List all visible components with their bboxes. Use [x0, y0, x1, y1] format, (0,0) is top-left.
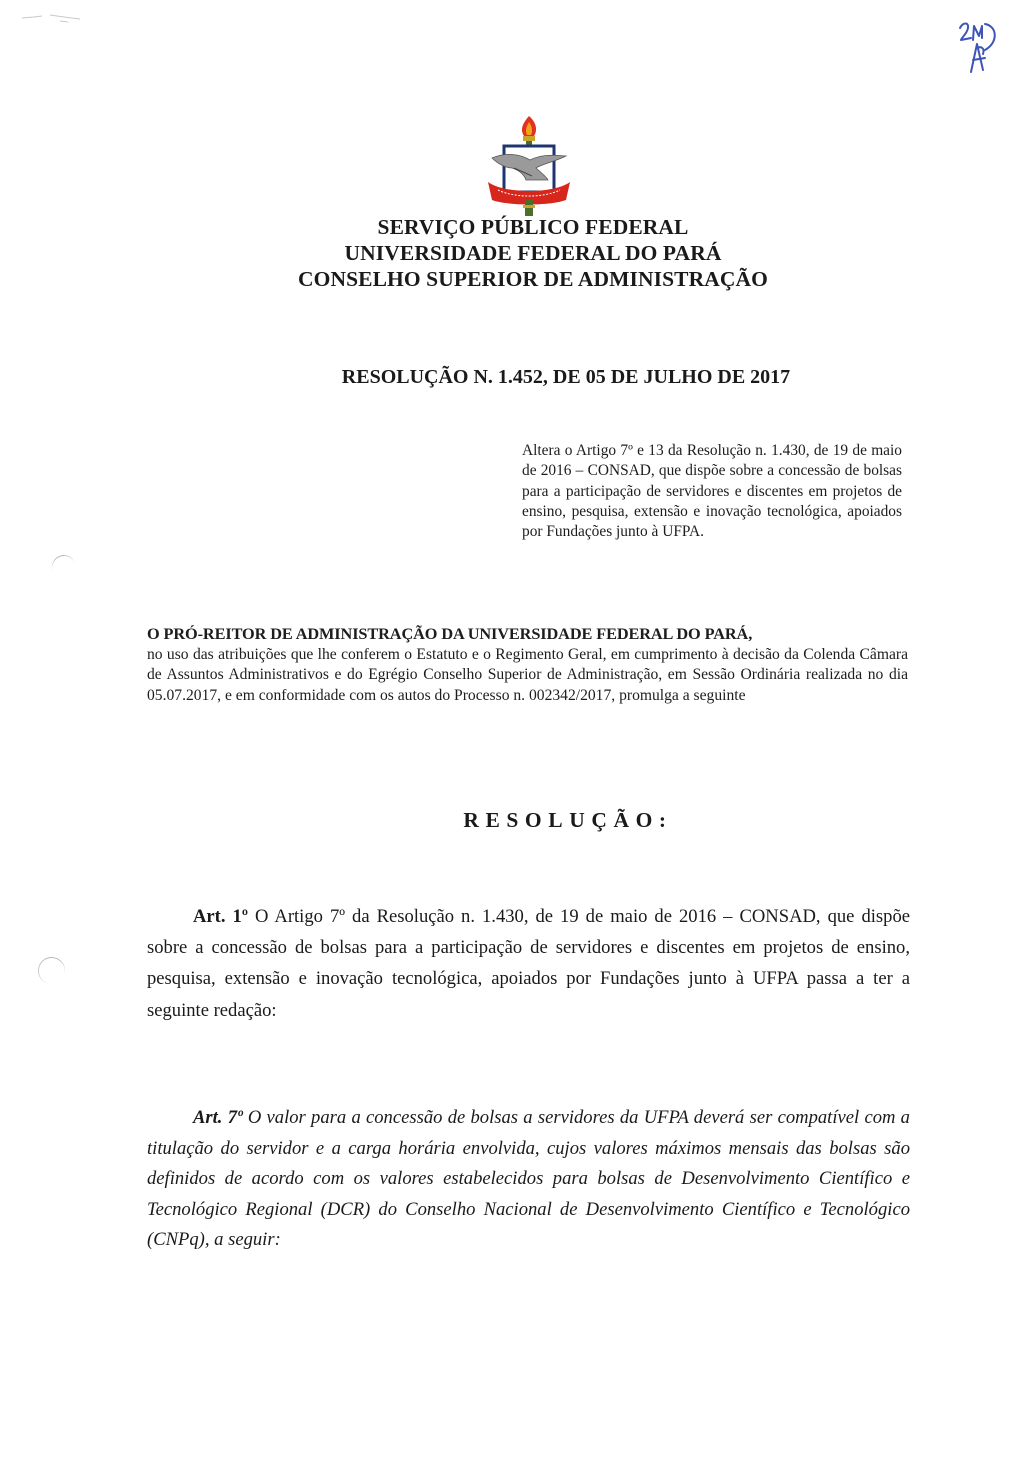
preamble-body: no uso das atribuições que lhe conferem … — [147, 645, 908, 707]
article-7-quoted: Art. 7º O valor para a concessão de bols… — [147, 1103, 910, 1256]
resolution-title: RESOLUÇÃO N. 1.452, DE 05 DE JULHO DE 20… — [0, 366, 1028, 389]
header-line-university: UNIVERSIDADE FEDERAL DO PARÁ — [0, 240, 1028, 266]
article-7-label: Art. 7º — [193, 1107, 243, 1128]
ementa-summary: Altera o Artigo 7º e 13 da Resolução n. … — [522, 441, 902, 542]
preamble-lead: O PRÓ-REITOR DE ADMINISTRAÇÃO DA UNIVERS… — [147, 624, 908, 645]
punch-hole-mark — [35, 954, 68, 987]
scan-smudge-mark — [20, 12, 90, 24]
article-1: Art. 1º O Artigo 7º da Resolução n. 1.43… — [147, 901, 910, 1026]
ufpa-emblem-icon — [484, 110, 574, 218]
preamble-paragraph: O PRÓ-REITOR DE ADMINISTRAÇÃO DA UNIVERS… — [147, 624, 908, 706]
article-1-text: O Artigo 7º da Resolução n. 1.430, de 19… — [147, 906, 910, 1021]
resolve-heading: RESOLUÇÃO: — [0, 808, 1028, 833]
article-7-text: O valor para a concessão de bolsas a ser… — [147, 1107, 910, 1250]
signature-initials-icon — [955, 14, 1015, 76]
header-line-federal-service: SERVIÇO PÚBLICO FEDERAL — [0, 214, 1028, 240]
header-line-council: CONSELHO SUPERIOR DE ADMINISTRAÇÃO — [0, 266, 1028, 292]
document-header: SERVIÇO PÚBLICO FEDERAL UNIVERSIDADE FED… — [0, 214, 1028, 292]
article-1-label: Art. 1º — [193, 906, 248, 927]
punch-hole-mark — [48, 552, 79, 584]
